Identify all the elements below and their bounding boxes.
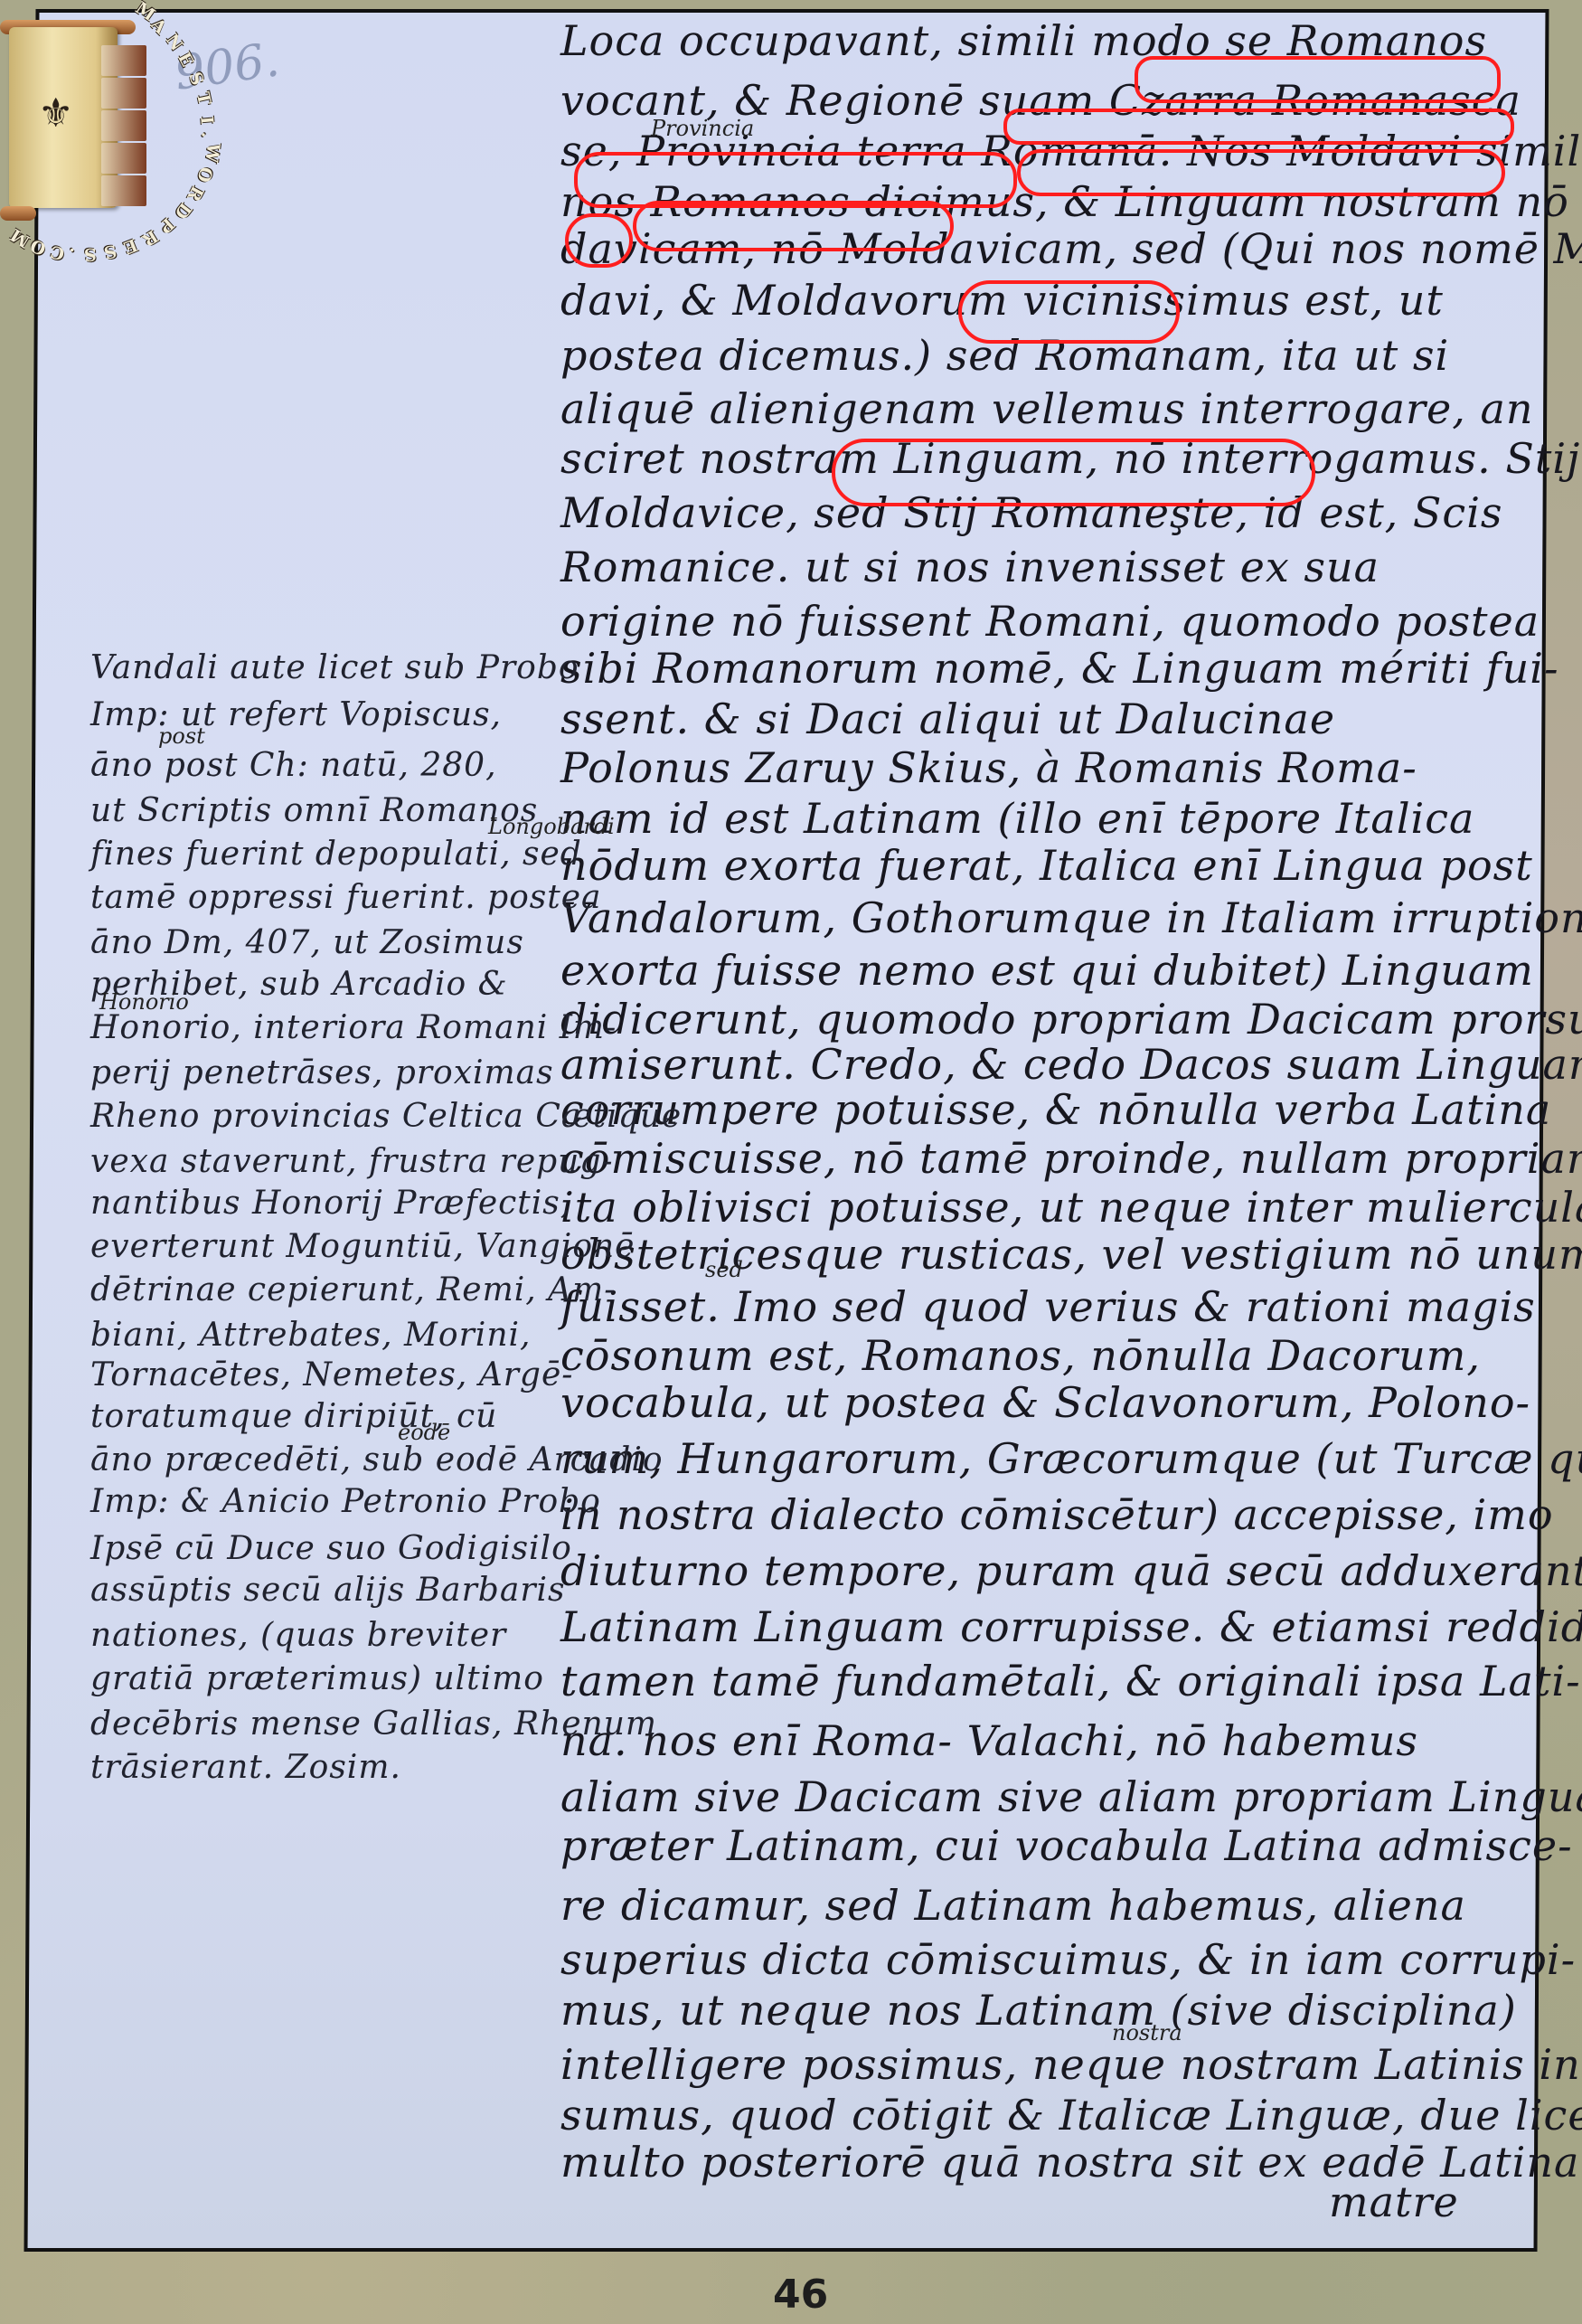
note-line: Imp: ut refert Vopiscus, (90, 696, 502, 733)
text-line: intelligere possimus, neque nostram Lati… (560, 2040, 1582, 2089)
note-line: gratiā præterimus) ultimo (90, 1660, 544, 1697)
text-line: didicerunt, quomodo propriam Dacicam pro… (560, 995, 1582, 1044)
watermark-letter: I (196, 116, 217, 126)
note-line: nationes, (quas breviter (90, 1617, 506, 1654)
note-line: Imp: & Anicio Petronio Probo (90, 1483, 601, 1520)
text-line: mus, ut neque nos Latinam (sive discipli… (560, 1986, 1517, 2035)
watermark-letter: E (120, 234, 140, 258)
highlight-czarra-romanasca (1135, 56, 1501, 103)
note-line: Rheno provincias Celtica Cætique (90, 1098, 682, 1135)
note-line: āno Dm, 407, ut Zosimus (90, 924, 524, 961)
text-line: aliam sive Dacicam sive aliam propriam L… (560, 1772, 1582, 1821)
note-line: tamē oppressi fuerint. postea (90, 879, 602, 916)
watermark-letter: R (183, 183, 207, 204)
highlight-sed-romanam (958, 280, 1180, 344)
interlinear-note: Honorio (99, 989, 189, 1015)
text-line: in nostra dialecto cōmiscētur) accepisse… (560, 1490, 1554, 1539)
interlinear-note: Provincia (651, 116, 754, 141)
text-line: diuturno tempore, puram quā secū adduxer… (560, 1546, 1582, 1595)
coat-of-arms-icon: ⚜ (38, 90, 73, 137)
text-line: cōmiscuisse, nō tamē proinde, nullam pro… (560, 1134, 1582, 1183)
text-line: sibi Romanorum nomē, & Linguam mériti fu… (560, 644, 1559, 693)
text-line: re dicamur, sed Latinam habemus, aliena (560, 1881, 1466, 1930)
highlight-sed-stij-romaneste (832, 439, 1315, 506)
watermark-logo: ⚜ M A N E S T I . W O R D P R E S S . C … (0, 0, 253, 271)
text-line: superius dicta cōmiscuimus, & in iam cor… (560, 1935, 1576, 1984)
text-line: cōsonum est, Romanos, nōnulla Dacorum, (560, 1331, 1481, 1380)
text-line: Vandalorum, Gothorumque in Italiam irrup… (560, 893, 1582, 942)
note-line: Vandali aute licet sub Probo (90, 649, 579, 686)
watermark-letter: T (193, 90, 214, 107)
note-line: perij penetrāses, proximas (90, 1054, 554, 1091)
interlinear-note: Longobardi (488, 814, 615, 839)
interlinear-note: eodē (398, 1420, 450, 1445)
text-line: Latinam Linguam corrupisse. & etiamsi re… (560, 1602, 1582, 1651)
highlight-cam (565, 213, 633, 268)
watermark-letter: O (193, 165, 216, 185)
note-line: Honorio, interiora Romani Im- (90, 1009, 617, 1046)
highlight-nos-romanos-dicimus (574, 152, 1017, 208)
watermark-letter: C (49, 241, 66, 264)
book-stack-icon (101, 45, 146, 208)
text-line: fuisset. Imo sed quod verius & rationi m… (560, 1282, 1536, 1331)
note-line: āno præcedēti, sub eodē Arcadio (90, 1441, 664, 1478)
note-line: fines fuerint depopulati, sed (90, 836, 582, 873)
watermark-letter: S (102, 241, 118, 262)
interlinear-note: nostra (1112, 2020, 1182, 2045)
text-line: na. nos enī Roma- Valachi, nō habemus (560, 1716, 1418, 1765)
text-line: origine nō fuissent Romani, quomodo post… (560, 597, 1540, 646)
watermark-letter: D (170, 199, 194, 223)
text-line: corrumpere potuisse, & nōnulla verba Lat… (560, 1085, 1551, 1134)
highlight-nos-moldavi-similiter (1003, 109, 1514, 145)
interlinear-note: post (158, 723, 205, 749)
text-line: tamen tamē fundamētali, & originali ipsa… (560, 1657, 1581, 1705)
note-line: ut Scriptis omnī Romanos (90, 792, 538, 829)
text-line: rum, Hungarorum, Græcorumque (ut Turcæ q… (560, 1434, 1582, 1483)
text-line: vocabula, ut postea & Sclavonorum, Polon… (560, 1378, 1530, 1427)
note-line: assūptis secū alijs Barbaris (90, 1572, 566, 1609)
note-line: vexa staverunt, frustra repug- (90, 1143, 614, 1180)
watermark-letter: W (201, 142, 223, 164)
watermark-letter: R (138, 225, 161, 250)
highlight-linguam-nostram (1017, 149, 1505, 196)
text-line: Polonus Zaruy Skius, à Romanis Roma- (560, 743, 1417, 792)
text-line: ita oblivisci potuisse, ut neque inter m… (560, 1183, 1582, 1232)
note-line: trāsierant. Zosim. (90, 1749, 401, 1786)
page-number: 46 (773, 2272, 828, 2318)
note-line: dētrinae cepierunt, Remi, Am- (90, 1271, 616, 1308)
note-line: Ipsē cū Duce suo Godigisilo (90, 1530, 572, 1567)
text-line: Romanice. ut si nos invenisset ex sua (560, 543, 1380, 591)
text-line: matre (1329, 2178, 1459, 2226)
highlight-non-moldavicam (633, 201, 954, 251)
note-line: nantibus Honorij Præfectis, (90, 1185, 571, 1222)
watermark-letter: S (84, 244, 97, 264)
text-line: amiserunt. Credo, & cedo Dacos suam Ling… (560, 1040, 1582, 1089)
text-line: præter Latinam, cui vocabula Latina admi… (560, 1821, 1573, 1870)
note-line: āno post Ch: natū, 280, (90, 747, 497, 784)
watermark-letter: . (68, 244, 76, 264)
text-line: sumus, quod cōtigit & Italicæ Linguæ, du… (560, 2091, 1582, 2140)
scroll-rod-bottom (0, 206, 36, 221)
watermark-letter: P (155, 213, 177, 237)
text-line: nōdum exorta fuerat, Italica enī Lingua … (560, 841, 1533, 890)
text-line: exorta fuisse nemo est qui dubitet) Ling… (560, 946, 1534, 995)
interlinear-note: sed (705, 1257, 743, 1282)
watermark-letter: S (184, 70, 207, 88)
watermark-letter: N (162, 31, 187, 55)
note-line: everterunt Moguntiū, Vangionē (90, 1228, 636, 1265)
text-line: ssent. & si Daci aliqui ut Dalucinae (560, 694, 1335, 743)
watermark-letter: . (197, 132, 217, 138)
note-line: decēbris mense Gallias, Rhenum (90, 1705, 657, 1743)
note-line: Tornacētes, Nemetes, Argē- (90, 1356, 573, 1393)
text-line: nam id est Latinam (illo enī tēpore Ital… (560, 794, 1474, 843)
note-line: biani, Attrebates, Morini, (90, 1317, 531, 1354)
text-line: aliquē alienigenam vellemus interrogare,… (560, 384, 1534, 433)
watermark-letter: E (174, 49, 197, 70)
